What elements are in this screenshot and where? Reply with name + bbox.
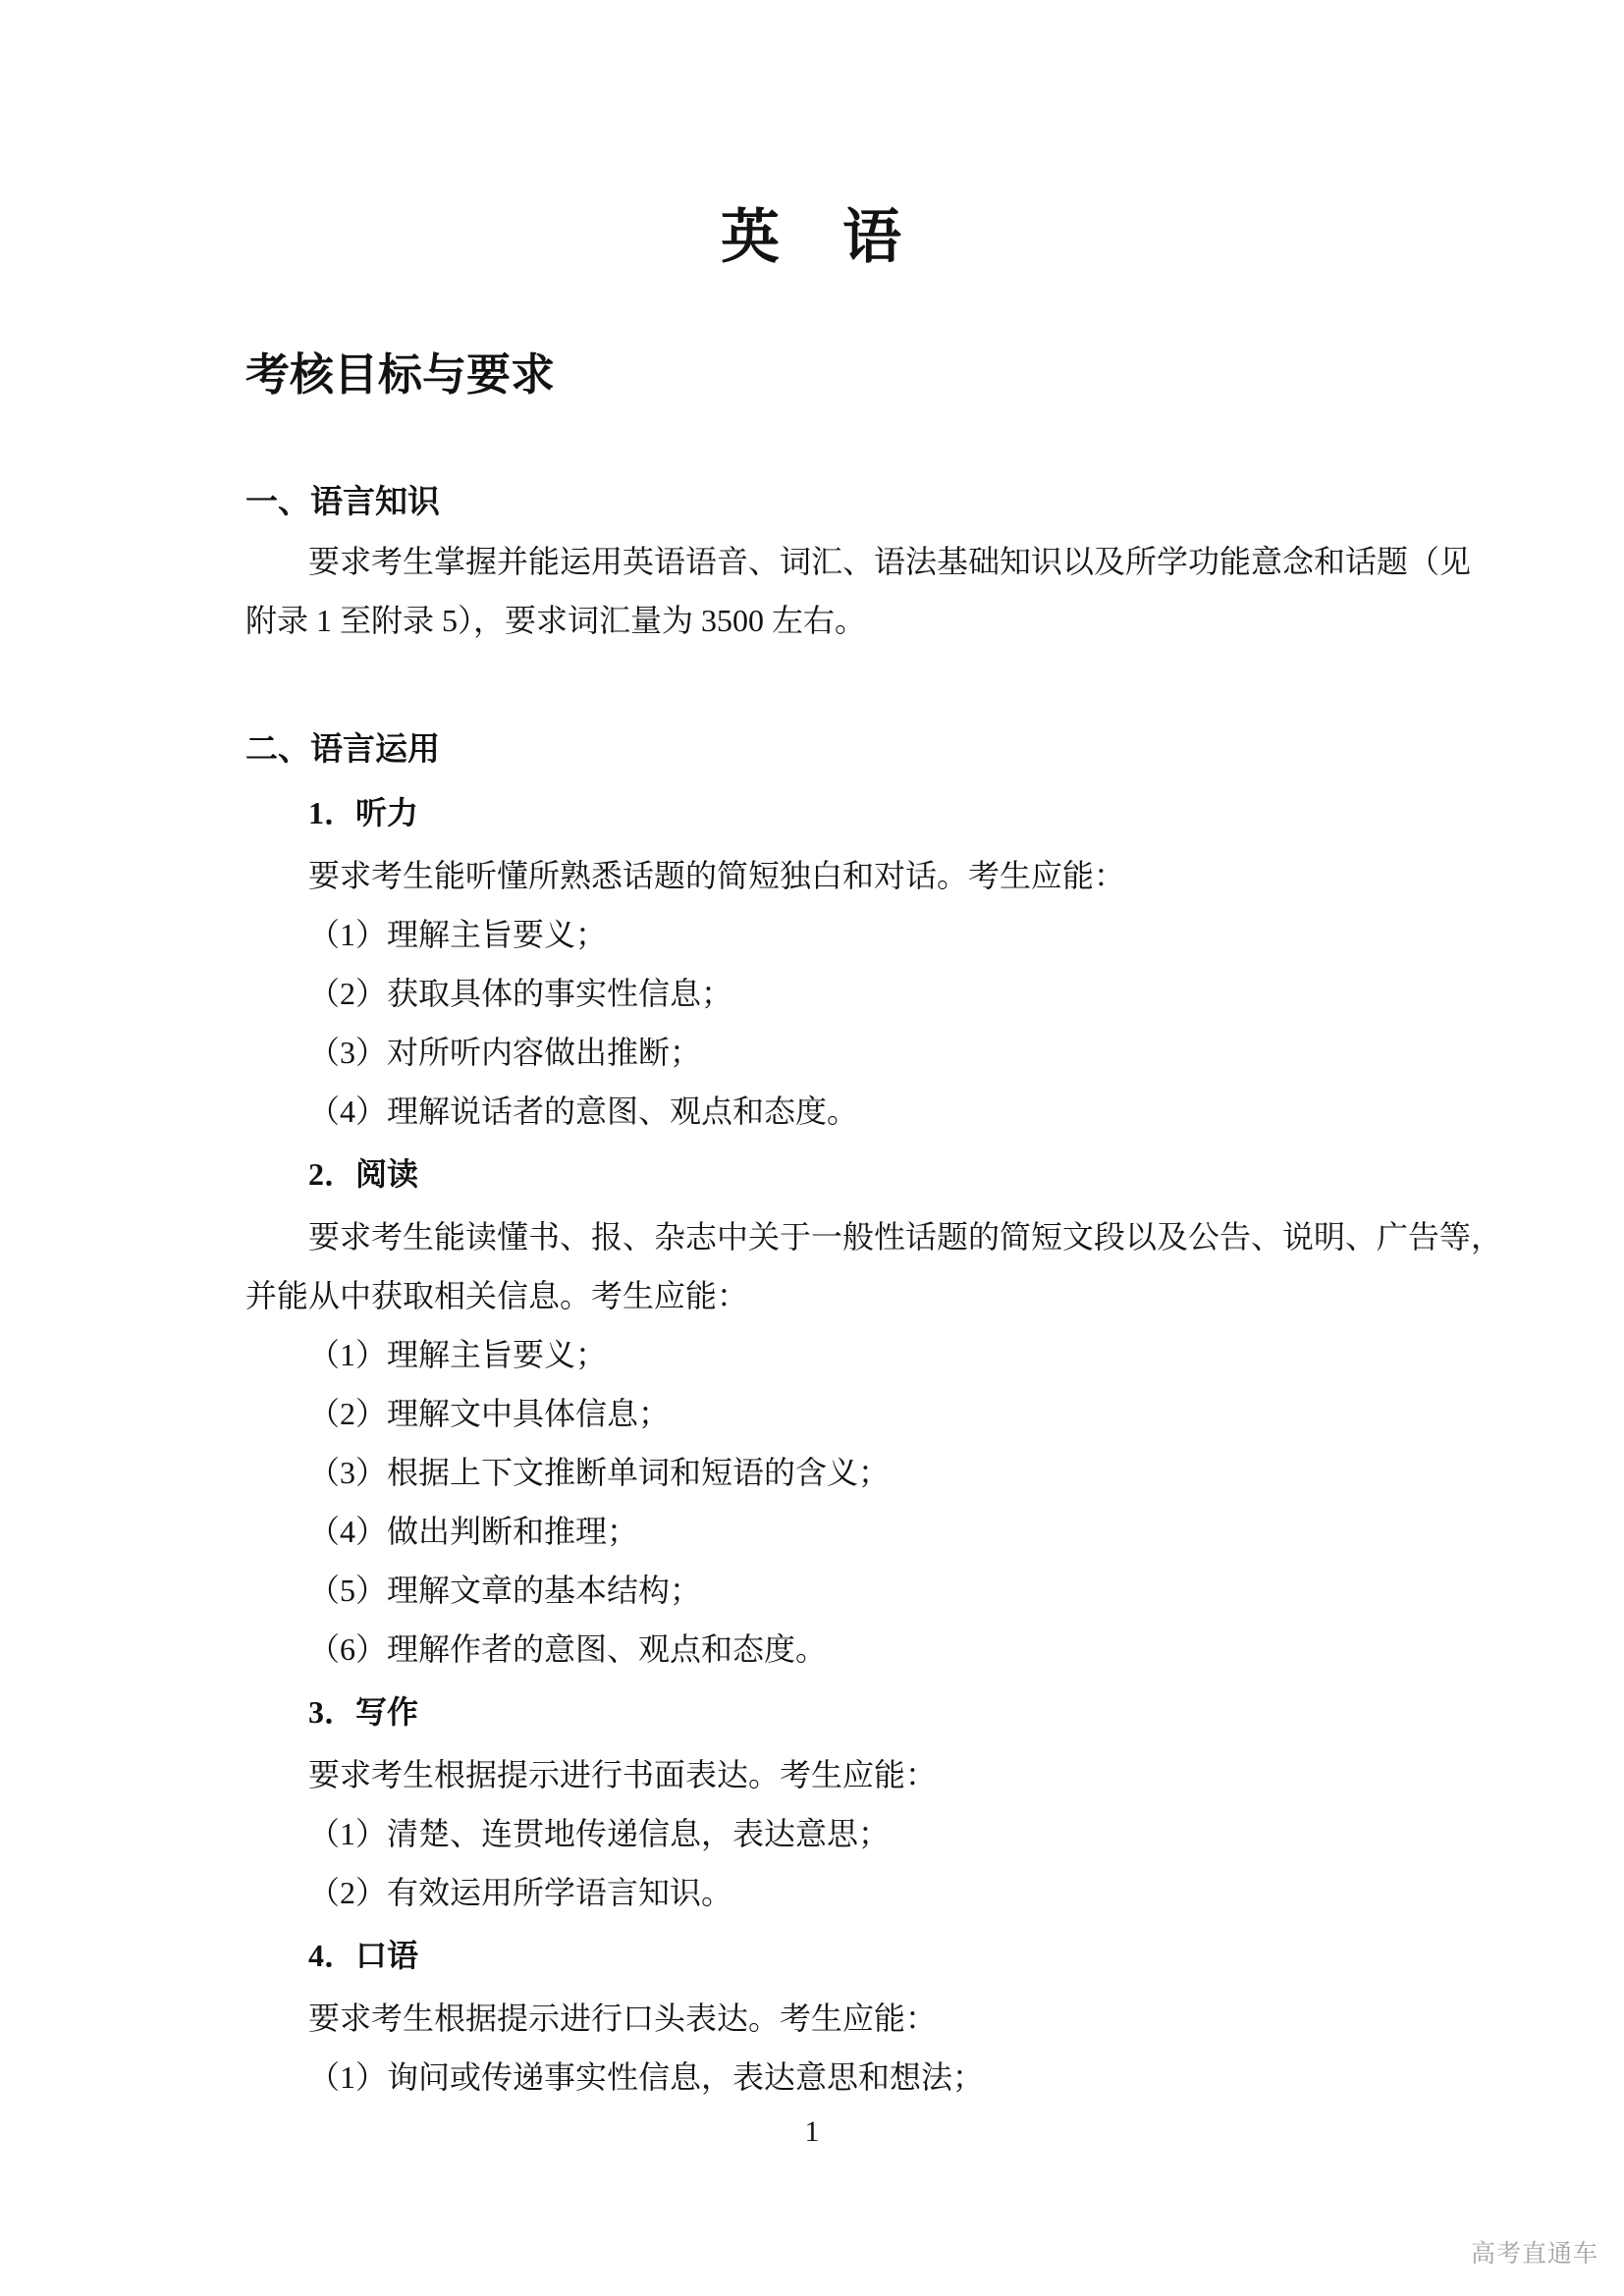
section-1-paragraph-line-2: 附录 1 至附录 5），要求词汇量为 3500 左右。: [245, 591, 1379, 650]
writing-item: （2）有效运用所学语言知识。: [245, 1863, 1379, 1922]
document-title: 英 语: [245, 0, 1379, 273]
section-1-paragraph-line-1: 要求考生掌握并能运用英语语音、词汇、语法基础知识以及所学功能意念和话题（见: [245, 532, 1379, 591]
reading-intro-line-2: 并能从中获取相关信息。考生应能：: [245, 1266, 1379, 1325]
page-content: 英 语 考核目标与要求 一、语言知识 要求考生掌握并能运用英语语音、词汇、语法基…: [0, 0, 1624, 2107]
section-1-heading: 一、语言知识: [245, 473, 1379, 532]
speaking-heading: 4．口语: [245, 1926, 1379, 1985]
reading-item: （4）做出判断和推理；: [245, 1502, 1379, 1561]
writing-heading: 3．写作: [245, 1682, 1379, 1741]
reading-heading: 2．阅读: [245, 1145, 1379, 1203]
speaking-intro: 要求考生根据提示进行口头表达。考生应能：: [245, 1989, 1379, 2048]
watermark: 高考直通车: [1471, 2238, 1598, 2269]
listening-item: （3）对所听内容做出推断；: [245, 1023, 1379, 1082]
reading-item: （6）理解作者的意图、观点和态度。: [245, 1620, 1379, 1679]
listening-heading: 1．听力: [245, 783, 1379, 842]
reading-item: （2）理解文中具体信息；: [245, 1384, 1379, 1443]
reading-item: （3）根据上下文推断单词和短语的含义；: [245, 1443, 1379, 1502]
writing-item: （1）清楚、连贯地传递信息，表达意思；: [245, 1804, 1379, 1863]
page-number: 1: [0, 2112, 1624, 2152]
speaking-item: （1）询问或传递事实性信息，表达意思和想法；: [245, 2048, 1379, 2107]
reading-item: （5）理解文章的基本结构；: [245, 1561, 1379, 1620]
listening-item: （1）理解主旨要义；: [245, 905, 1379, 964]
listening-intro: 要求考生能听懂所熟悉话题的简短独白和对话。考生应能：: [245, 846, 1379, 905]
listening-item: （4）理解说话者的意图、观点和态度。: [245, 1082, 1379, 1141]
section-2-heading: 二、语言运用: [245, 721, 1379, 779]
writing-intro: 要求考生根据提示进行书面表达。考生应能：: [245, 1745, 1379, 1804]
document-page: 英 语 考核目标与要求 一、语言知识 要求考生掌握并能运用英语语音、词汇、语法基…: [0, 0, 1624, 2296]
reading-intro-line-1: 要求考生能读懂书、报、杂志中关于一般性话题的简短文段以及公告、说明、广告等，: [245, 1207, 1379, 1266]
main-heading: 考核目标与要求: [245, 347, 1379, 402]
listening-item: （2）获取具体的事实性信息；: [245, 964, 1379, 1023]
reading-item: （1）理解主旨要义；: [245, 1325, 1379, 1384]
